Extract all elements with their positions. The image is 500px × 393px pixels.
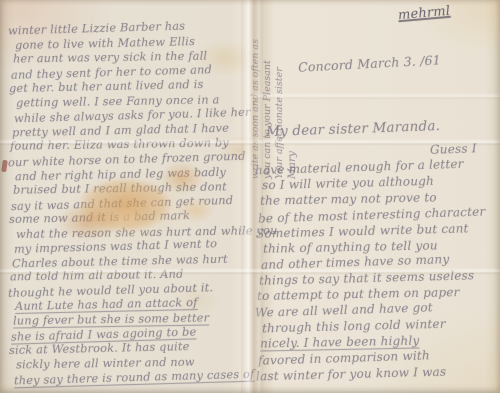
- handwriting-line: sick at Westbrook. It has quite: [9, 340, 190, 357]
- handwriting-line: and told him all about it. And: [10, 268, 184, 284]
- opening-phrase: Guess I: [430, 141, 477, 157]
- margin-note-line: Your affectionate sister: [274, 4, 285, 179]
- margin-note-line: write as soon and as often as: [250, 4, 261, 179]
- handwriting-line: some now and it is a bad mark: [9, 209, 190, 226]
- handwriting-line: winter little Lizzie Barber has: [8, 20, 186, 38]
- letter-scan: winter little Lizzie Barber hasgone to l…: [0, 0, 500, 393]
- handwriting-line: Charles about the time she was hurt: [12, 252, 228, 270]
- handwriting-line: get her. but her aunt lived and is: [9, 78, 204, 95]
- handwriting-line: Aunt Lute has had an attack of: [15, 296, 198, 313]
- handwriting-line: favored in comparison with: [258, 348, 430, 367]
- edge-mark: [1, 160, 8, 173]
- handwriting-line: the matter may not prove to: [260, 190, 437, 207]
- handwriting-line: sickly here all winter and now: [16, 355, 195, 371]
- handwriting-line: gone to live with Mathew Ellis: [15, 35, 195, 52]
- margin-note-line: you can to your Pleasant: [262, 4, 273, 179]
- handwriting-line: nicely. I have been highly: [260, 333, 420, 350]
- margin-cross-writing: write as soon and as often asyou can to …: [250, 4, 320, 179]
- margin-note-line: Mary: [286, 30, 298, 179]
- pencil-scrawl: mehrml: [397, 4, 450, 24]
- handwriting-line: last winter for you know I was: [256, 364, 447, 383]
